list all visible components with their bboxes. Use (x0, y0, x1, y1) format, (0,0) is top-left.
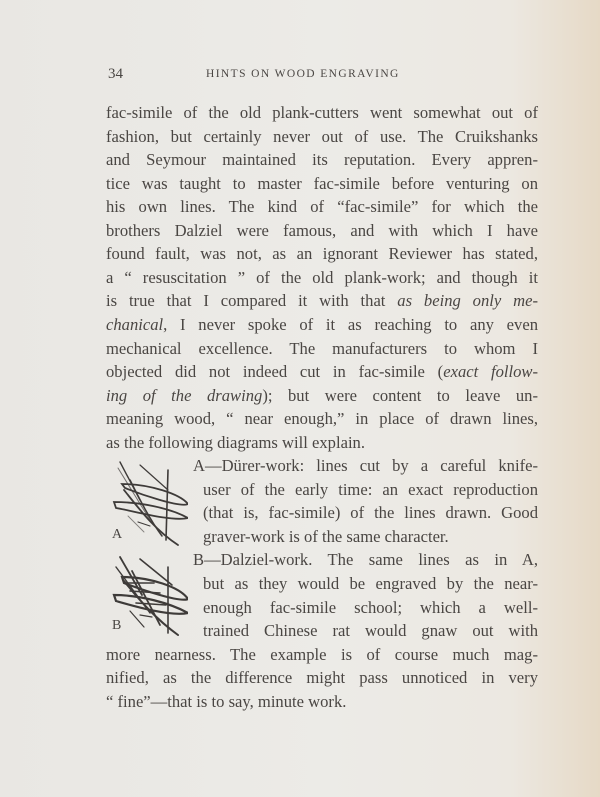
text-segment: his own lines. The kind of “fac-simile” … (106, 197, 538, 216)
figure-a-durer-work-illustration: A (110, 460, 188, 548)
text-segment: mechanical excellence. The manufacturers… (106, 339, 538, 358)
caption-line: user of the early time: an exact reprodu… (203, 478, 538, 502)
text-segment: brothers Dalziel were famous, and with w… (106, 221, 538, 240)
text-line: a “ resuscitation ” of the old plank-wor… (106, 266, 538, 290)
text-line: found fault, was not, as an ignorant Rev… (106, 242, 538, 266)
text-segment: fac-simile of the old plank-cutters went… (106, 103, 538, 122)
running-head: 34 HINTS ON WOOD ENGRAVING (106, 66, 538, 86)
text-segment: objected did not indeed cut in fac-simil… (106, 362, 443, 381)
book-page: 34 HINTS ON WOOD ENGRAVING fac-simile of… (0, 0, 600, 797)
caption-line: enough fac-simile school; which a well- (203, 596, 538, 620)
italic-text: as being only me- (397, 291, 538, 310)
text-line: fashion, but certainly never out of use.… (106, 125, 538, 149)
text-line: chanical, I never spoke of it as reachin… (106, 313, 538, 337)
text-segment: found fault, was not, as an ignorant Rev… (106, 244, 538, 263)
caption-line: trained Chinese rat would gnaw out with (203, 619, 538, 643)
figure-b-label: B (112, 618, 121, 633)
text-segment: , I never spoke of it as reaching to any… (163, 315, 538, 334)
italic-text: chanical (106, 315, 163, 334)
text-line: nified, as the difference might pass unn… (106, 666, 538, 690)
text-segment: fashion, but certainly never out of use.… (106, 127, 538, 146)
text-line: as the following diagrams will explain. (106, 431, 538, 455)
text-line: objected did not indeed cut in fac-simil… (106, 360, 538, 384)
figure-b-dalziel-work-illustration: B (110, 553, 188, 638)
text-line: mechanical excellence. The manufacturers… (106, 337, 538, 361)
text-line: his own lines. The kind of “fac-simile” … (106, 195, 538, 219)
text-segment: and Seymour maintained its reputation. E… (106, 150, 538, 169)
text-segment: as the following diagrams will explain. (106, 433, 365, 452)
caption-line: graver-work is of the same character. (203, 525, 538, 549)
text-line: brothers Dalziel were famous, and with w… (106, 219, 538, 243)
caption-line: A—Dürer-work: lines cut by a careful kni… (193, 454, 538, 478)
text-line: and Seymour maintained its reputation. E… (106, 148, 538, 172)
text-segment: meaning wood, “ near enough,” in place o… (106, 409, 538, 428)
text-line: is true that I compared it with that as … (106, 289, 538, 313)
caption-line: (that is, fac-simile) of the lines drawn… (203, 501, 538, 525)
page-number: 34 (108, 66, 123, 83)
text-line: more nearness. The example is of course … (106, 643, 538, 667)
text-segment: a “ resuscitation ” of the old plank-wor… (106, 268, 538, 287)
caption-line: B—Dalziel-work. The same lines as in A, (193, 548, 538, 572)
text-line: ing of the drawing); but were content to… (106, 384, 538, 408)
text-line: tice was taught to master fac-simile bef… (106, 172, 538, 196)
caption-line: but as they would be engraved by the nea… (203, 572, 538, 596)
text-segment: ); but were content to leave un- (262, 386, 538, 405)
running-title: HINTS ON WOOD ENGRAVING (206, 68, 400, 80)
italic-text: ing of the drawing (106, 386, 262, 405)
figure-a-label: A (112, 527, 123, 542)
text-segment: tice was taught to master fac-simile bef… (106, 174, 538, 193)
text-segment: is true that I compared it with that (106, 291, 397, 310)
text-line: fac-simile of the old plank-cutters went… (106, 101, 538, 125)
text-line: “ fine”—that is to say, minute work. (106, 690, 538, 714)
text-line: meaning wood, “ near enough,” in place o… (106, 407, 538, 431)
italic-text: exact follow- (443, 362, 538, 381)
